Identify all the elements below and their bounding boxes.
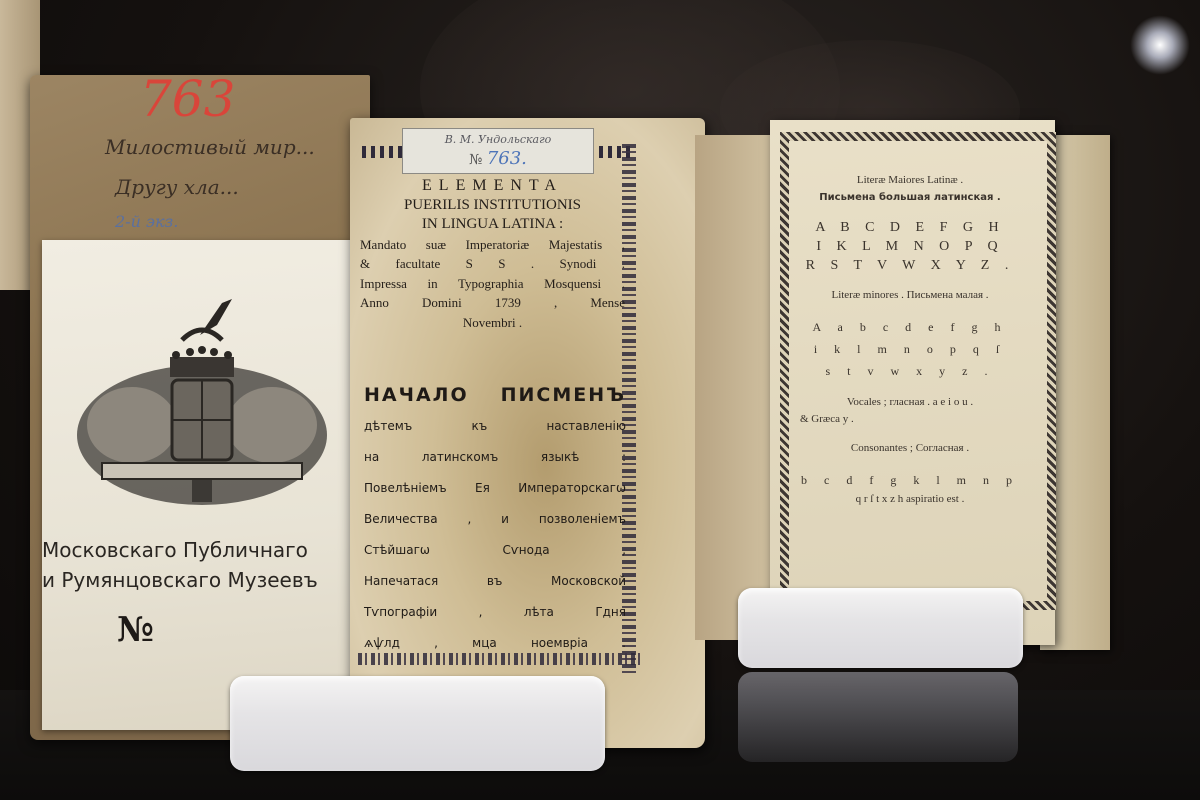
slavonic-line: Стѣйшагѡ Сѵнода ,: [364, 535, 626, 566]
bookplate-text: Московскаго Публичнаго и Румянцовскаго М…: [42, 535, 352, 595]
red-inventory-number: 763: [140, 82, 235, 116]
uppercase-row: I K L M N O P Q: [800, 237, 1020, 256]
blue-pencil-note: 2-й экз.: [115, 205, 178, 239]
blank-leaf: [695, 135, 780, 640]
consonants-heading: Consonantes ; Согласная .: [800, 440, 1020, 457]
slavonic-line: Повелѣніемъ Ея Императорскагѡ: [364, 473, 626, 504]
ornament-border: [362, 146, 402, 158]
slavonic-line: ѧѱлд , мца ноемвріа .: [364, 628, 626, 659]
latin-line: PUERILIS INSTITUTIONIS: [360, 196, 625, 216]
title-page: В. М. Ундольскаго № 763. ELEMENTA PUERIL…: [350, 118, 705, 748]
acrylic-support: [230, 676, 605, 771]
vowels-line: Vocales ; гласная . a e i o u .: [800, 394, 1020, 411]
consonant-row: q r ſ t x z h aspiratio est .: [800, 491, 1020, 508]
latin-line: Impressa in Typographia Mosquensi .: [360, 274, 625, 294]
slavonic-title-block: НАЧАЛО ПИСМЕНЪ дѣтемъ къ наставленію на …: [364, 380, 626, 659]
light-glare: [1130, 15, 1190, 75]
slavonic-line: НАЧАЛО ПИСМЕНЪ: [364, 380, 626, 411]
acrylic-support: [738, 588, 1023, 668]
owner-name: В. М. Ундольскаго: [403, 133, 593, 146]
uppercase-row: A B C D E F G H: [800, 218, 1020, 237]
bookplate-line: и Румянцовскаго Музеевъ: [42, 565, 352, 595]
lowercase-row: A a b c d e f g h: [800, 316, 1020, 338]
bookplate-line: Московскаго Публичнаго: [42, 535, 352, 565]
slavonic-line: Напечатася въ Московской: [364, 566, 626, 597]
owner-number-value: 763.: [487, 148, 527, 169]
alphabet-content: Literæ Maiores Latinæ . Письмена большая…: [800, 172, 1020, 508]
latin-line: Novembri .: [360, 313, 625, 333]
vowels-greek-line: & Græca y .: [800, 411, 1020, 428]
slavonic-line: дѣтемъ къ наставленію: [364, 411, 626, 442]
flyleaf-handwriting: 763 Милостивый мир... Другу хла... 2-й э…: [85, 90, 355, 240]
number-prefix: №: [469, 152, 482, 168]
alphabet-page: Literæ Maiores Latinæ . Письмена большая…: [770, 120, 1055, 645]
coat-of-arms-icon: [72, 295, 332, 515]
handwriting-line: Милостивый мир...: [105, 130, 315, 164]
uppercase-row: R S T V W X Y Z .: [800, 256, 1020, 275]
slavonic-line: Тѵпографіи , лѣта Гдня: [364, 597, 626, 628]
lowercase-row: s t v w x y z .: [800, 360, 1020, 382]
slavonic-line: Величества , и позволеніемъ: [364, 504, 626, 535]
slavonic-line: на латинскомъ языкѣ :: [364, 442, 626, 473]
lowercase-row: i k l m n o p q ſ: [800, 338, 1020, 360]
support-reflection: [738, 672, 1018, 762]
owner-label: В. М. Ундольскаго № 763.: [402, 128, 594, 174]
latin-line: IN LINGUA LATINA :: [360, 215, 625, 235]
latin-line: ELEMENTA: [360, 176, 625, 196]
owner-number: № 763.: [403, 148, 593, 169]
consonant-row: b c d f g k l m n p: [800, 469, 1020, 491]
latin-line: Anno Domini 1739 , Mense: [360, 293, 625, 313]
latin-line: Mandato suæ Imperatoriæ Majestatis ,: [360, 235, 625, 255]
heading-slavonic: Письмена большая латинская .: [800, 189, 1020, 206]
latin-line: & facultate S S . Synodi .: [360, 254, 625, 274]
number-sign: №: [117, 610, 154, 650]
heading-latin: Literæ Maiores Latinæ .: [800, 172, 1020, 189]
handwriting-line: Другу хла...: [115, 170, 239, 204]
lowercase-heading: Literæ minores . Письмена малая .: [800, 287, 1020, 304]
latin-title-block: ELEMENTA PUERILIS INSTITUTIONIS IN LINGU…: [360, 176, 625, 332]
museum-bookplate: Московскаго Публичнаго и Румянцовскаго М…: [42, 240, 352, 730]
